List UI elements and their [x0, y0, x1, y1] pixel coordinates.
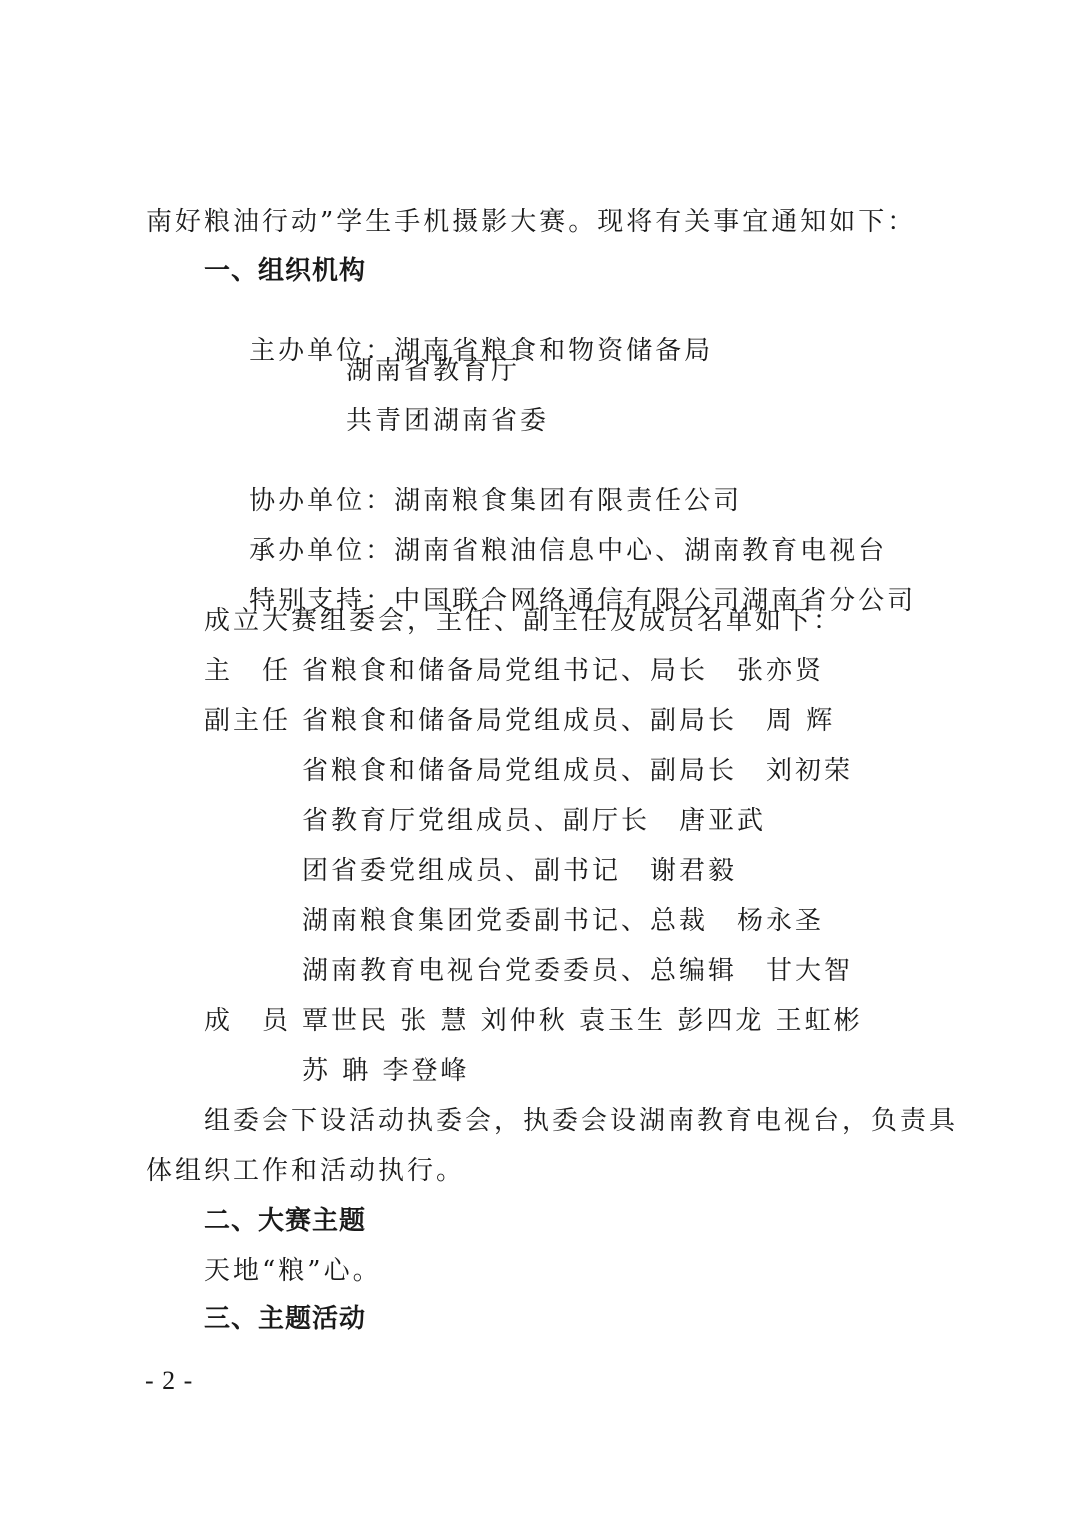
section-heading-organization: 一、组织机构: [204, 256, 366, 286]
deputy-label: 副主任: [204, 706, 291, 736]
theme-text: 天地“粮”心。: [204, 1256, 382, 1286]
director-value: 省粮食和储备局党组书记、局长 张亦贤: [302, 656, 824, 686]
deputy-entry: 团省委党组成员、副书记 谢君毅: [302, 856, 737, 886]
host-value: 湖南省教育厅: [346, 356, 520, 386]
deputy-entry: 省粮食和储备局党组成员、副局长 刘初荣: [302, 756, 853, 786]
exec-committee-paragraph-cont: 体组织工作和活动执行。: [146, 1156, 465, 1186]
deputy-entry: 省粮食和储备局党组成员、副局长 周 辉: [302, 706, 835, 736]
director-label: 主 任: [204, 656, 291, 686]
host-value: 共青团湖南省委: [346, 406, 549, 436]
section-heading-activities: 三、主题活动: [204, 1304, 366, 1334]
deputy-entry: 湖南粮食集团党委副书记、总裁 杨永圣: [302, 906, 824, 936]
members-label: 成 员: [204, 1006, 291, 1036]
intro-paragraph-tail: 南好粮油行动”学生手机摄影大赛。现将有关事宜通知如下：: [146, 207, 916, 237]
members-line: 覃世民 张 慧 刘仲秋 袁玉生 彭四龙 王虹彬: [302, 1006, 863, 1036]
committee-intro: 成立大赛组委会，主任、副主任及成员名单如下：: [204, 606, 842, 636]
deputy-entry: 省教育厅党组成员、副厅长 唐亚武: [302, 806, 766, 836]
exec-committee-paragraph: 组委会下设活动执委会，执委会设湖南教育电视台，负责具: [204, 1106, 958, 1136]
section-heading-theme: 二、大赛主题: [204, 1206, 366, 1236]
members-line: 苏 聃 李登峰: [302, 1056, 470, 1086]
deputy-entry: 湖南教育电视台党委委员、总编辑 甘大智: [302, 956, 853, 986]
page-number: - 2 -: [145, 1366, 193, 1396]
